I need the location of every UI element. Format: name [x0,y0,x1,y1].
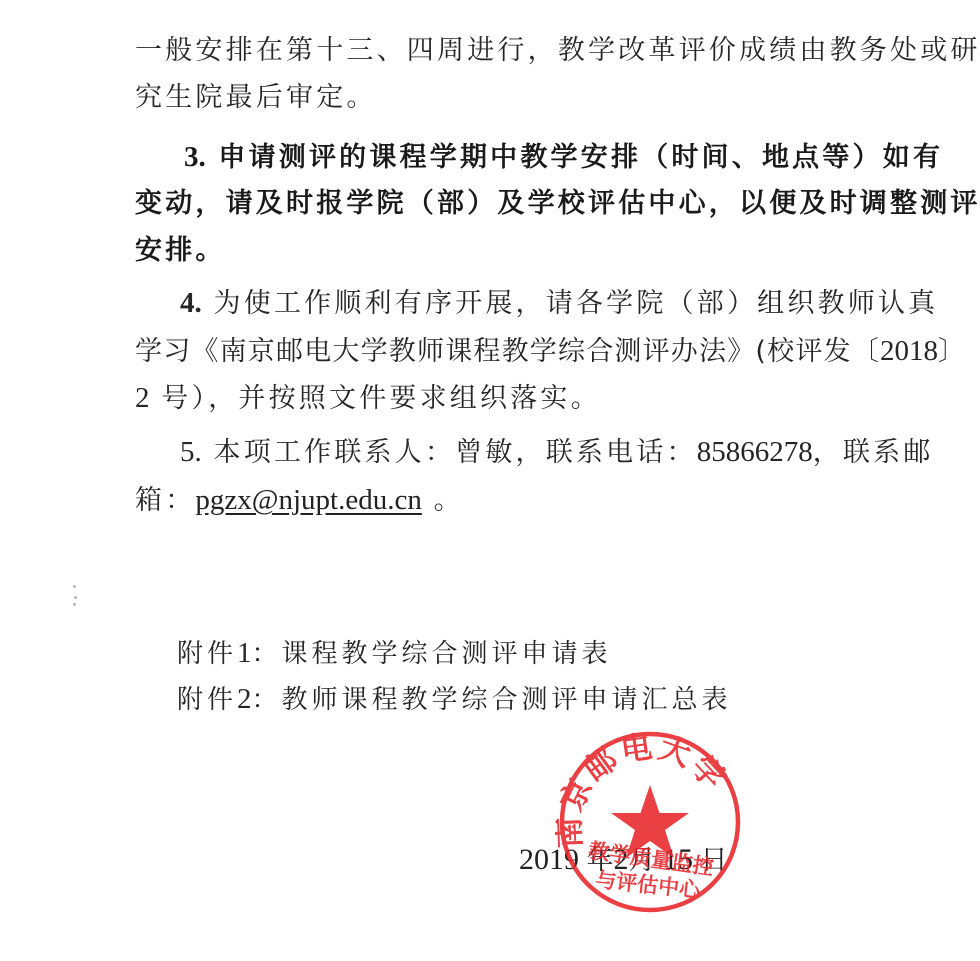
doc-number: 2 [135,382,150,414]
item-text: 〕 [938,336,966,367]
item-text: 箱： [135,485,195,516]
item-3-line: 3. 申请测评的课程学期中教学安排（时间、地点等）如有 [184,142,943,173]
item-4-line: 学习《南京邮电大学教师课程教学综合测评办法》(校评发〔2018〕 [135,336,966,367]
attachment-number: 2 [237,683,252,715]
email-link[interactable]: pgzx@njupt.edu.cn [195,484,421,516]
scan-speck [74,596,77,599]
year-number: 2018 [880,335,938,367]
attachment-title: ：教师课程教学综合测评申请汇总表 [252,685,732,715]
scan-speck [73,603,76,606]
item-text: 申请测评的课程学期中教学安排（时间、地点等）如有 [218,142,943,173]
item-3-line: 安排。 [135,236,226,266]
item-text: ，联系邮 [813,437,934,468]
item-text: 为使工作顺利有序开展，请各学院（部）组织教师认真 [214,288,939,319]
official-seal-stamp: 南京邮电大学 教学质量监控 与评估中心 [555,727,745,917]
item-5-line: 5. 本项工作联系人：曾敏，联系电话：85866278，联系邮 [180,437,934,468]
item-text: 学习《南京邮电大学教师课程教学综合测评办法》(校评发〔 [135,336,880,367]
attachment-1: 附件1：课程教学综合测评申请表 [177,638,612,669]
attachment-label: 附件 [177,685,237,715]
paragraph-line: 究生院最后审定。 [135,83,377,113]
paragraph-line: 一般安排在第十三、四周进行，教学改革评价成绩由教务处或研 [135,36,980,66]
attachment-2: 附件2：教师课程教学综合测评申请汇总表 [177,684,732,715]
item-text: 。 [422,485,464,516]
item-number: 5. [180,436,202,468]
item-text: 本项工作联系人：曾敏，联系电话： [214,437,697,468]
item-3-line: 变动，请及时报学院（部）及学校评估中心，以便及时调整测评 [135,189,980,219]
scan-speck [73,585,76,588]
item-4-line: 2 号），并按照文件要求组织落实。 [135,383,601,414]
item-number: 4. [180,287,202,319]
item-4-line: 4. 为使工作顺利有序开展，请各学院（部）组织教师认真 [180,288,938,319]
attachment-number: 1 [237,637,252,669]
phone-number: 85866278 [697,436,813,468]
attachment-label: 附件 [177,639,237,669]
item-number: 3. [184,141,206,173]
item-text: 号），并按照文件要求组织落实。 [161,383,601,414]
attachment-title: ：课程教学综合测评申请表 [252,639,612,669]
item-5-line: 箱：pgzx@njupt.edu.cn 。 [135,485,464,516]
